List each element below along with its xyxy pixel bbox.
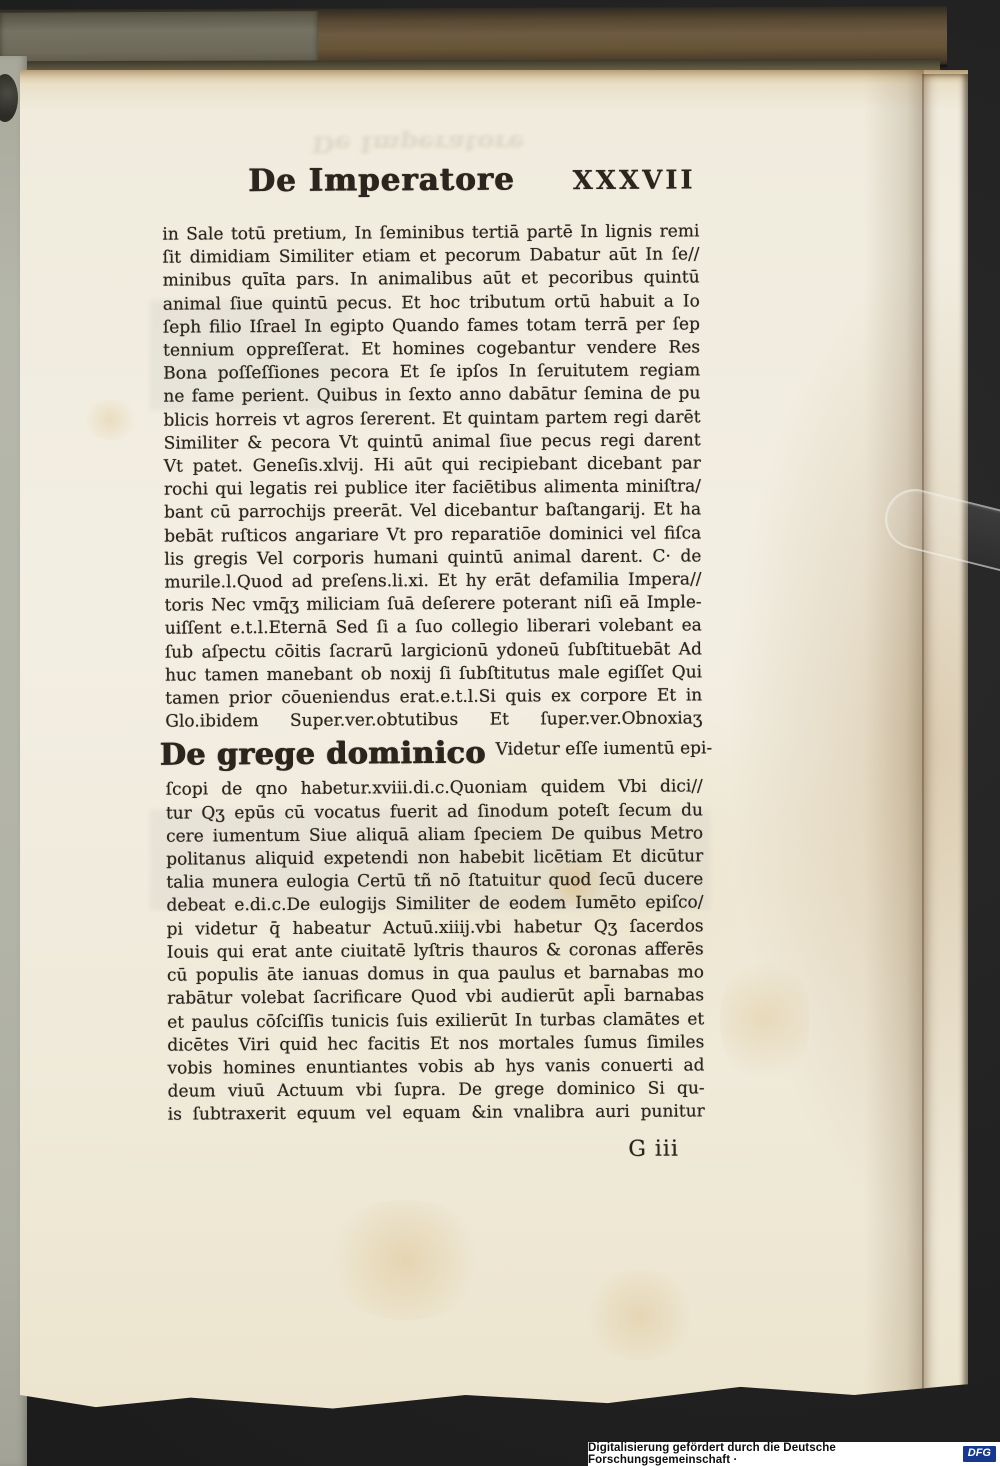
text-line: talia munera eulogia Certū tñ nō ſtatuit… <box>166 869 703 895</box>
stain <box>580 1270 700 1360</box>
text-line: Similiter & pecora Vt quintū animal ſiue… <box>164 429 701 455</box>
page-curvature-shadow <box>864 70 924 1422</box>
text-line: deum viuū Actuum vbi ſupra. De grege dom… <box>168 1077 705 1103</box>
text-line: cere iumentum Siue aliquā aliam ſpeciem … <box>166 822 703 848</box>
text-line: Vt patet. Geneſis.xlvij. Hi aūt qui reci… <box>164 452 701 478</box>
text-line: rochi qui legatis rei publice iter faciē… <box>164 476 701 502</box>
text-line: et paulus cōſciſſis tunicis ſuis exilier… <box>167 1008 704 1034</box>
quire-signature: G iii <box>168 1136 713 1164</box>
text-line: animal ſiue quintū pecus. Et hoc tributu… <box>163 290 700 316</box>
heading-continuation-text: Videtur eſſe iumentū epi- <box>496 738 713 763</box>
text-line: Glo.ibidem Super.ver.obtutibus Et ſuper.… <box>165 708 702 734</box>
paragraph-de-imperatore: in Sale totū pretium, In ſeminibus terti… <box>162 220 710 734</box>
digitization-caption: Digitalisierung gefördert durch die Deut… <box>588 1442 958 1466</box>
text-line: tamen prior cōueniendus erat.e.t.l.Si qu… <box>165 684 702 710</box>
text-line: uiſſent e.t.l.Eternā Sed ſi a ſuo colleg… <box>165 615 702 641</box>
text-line: tennium oppreſſerat. Et homines cogebant… <box>163 336 700 362</box>
ink-offset-ghost: De Imperatore <box>310 128 733 158</box>
text-line: is ſubtraxerit equum vel equam &in vnali… <box>168 1101 705 1127</box>
text-line: ſeph filio Iſrael In egipto Quando fames… <box>163 313 700 339</box>
text-column: in Sale totū pretium, In ſeminibus terti… <box>162 220 713 1164</box>
text-line: bant cū parrochijs preerāt. Vel dicebant… <box>164 499 701 525</box>
stain <box>320 1200 490 1320</box>
text-line: in Sale totū pretium, In ſeminibus terti… <box>162 220 699 246</box>
running-title: De Imperatore <box>248 162 515 200</box>
text-line: ſcopi de qno habetur.xviii.di.c.Quoniam … <box>166 776 703 802</box>
text-line: lis gregis Vel corporis humani quintū an… <box>164 545 701 571</box>
section-heading-row: De grege dominico Videtur eſſe iumentū e… <box>165 733 710 778</box>
fore-edge-leaves <box>922 74 968 1402</box>
text-line: Bona poſſeſſiones pecora Et ſe ipſos In … <box>163 360 700 386</box>
digitization-caption-bar: Digitalisierung gefördert durch die Deut… <box>588 1442 1000 1466</box>
text-line: vobis homines enuntiantes vobis ab hys v… <box>167 1054 704 1080</box>
text-line: Iouis qui erat ante ciuitatē lyſtris tha… <box>167 938 704 964</box>
text-line: rabātur volebat ſacrificare Quod vbi aud… <box>167 985 704 1011</box>
text-line: cū populis āte ianuas domus in qua paulu… <box>167 961 704 987</box>
printed-text-area: De Imperatore De Imperatore XXXVII in Sa… <box>162 160 713 1164</box>
text-line: ſit dimidiam Similiter etiam et pecorum … <box>162 244 699 270</box>
text-line: ſub aſpectu cōitis ſacrarū largicionū yd… <box>165 638 702 664</box>
section-heading: De grege dominico <box>159 734 485 776</box>
folio-number: XXXVII <box>573 165 696 196</box>
text-line: bebāt ruſticos angariare Vt pro reparati… <box>164 522 701 548</box>
text-line: toris Nec vmq̄ʒ miliciam ſuā deſerere po… <box>165 592 702 618</box>
text-line: minibus quīta pars. In animalibus aūt et… <box>163 267 700 293</box>
text-line: politanus aliquid expetendi non habebit … <box>166 845 703 871</box>
stain <box>80 400 140 440</box>
paragraph-de-grege-dominico: ſcopi de qno habetur.xviii.di.c.Quoniam … <box>166 776 713 1127</box>
text-line: tur Qʒ epūs cū vocatus fuerit ad ſinodum… <box>166 799 703 825</box>
text-line: huc tamen manebant ob noxij ſi ſubſtitut… <box>165 661 702 687</box>
dfg-logo: DFG <box>963 1446 996 1462</box>
page-header: De Imperatore XXXVII <box>248 160 707 199</box>
text-line: murile.l.Quod ad preſens.li.xi. Et hy er… <box>164 568 701 594</box>
text-line: blicis horreis vt agros ſererent. Et qui… <box>163 406 700 432</box>
book-page: De Imperatore De Imperatore XXXVII in Sa… <box>20 70 968 1422</box>
page-top-shadow <box>20 70 968 84</box>
text-line: pi videtur q̄ habeatur Actuū.xiiij.vbi h… <box>167 915 704 941</box>
text-line: debeat e.di.c.De eulogijs Similiter de e… <box>166 892 703 918</box>
text-line: ne fame perient. Quibus in ſexto anno da… <box>163 383 700 409</box>
stain <box>720 950 810 1090</box>
text-line: dicētes Viri quid hec facitis Et nos mor… <box>167 1031 704 1057</box>
